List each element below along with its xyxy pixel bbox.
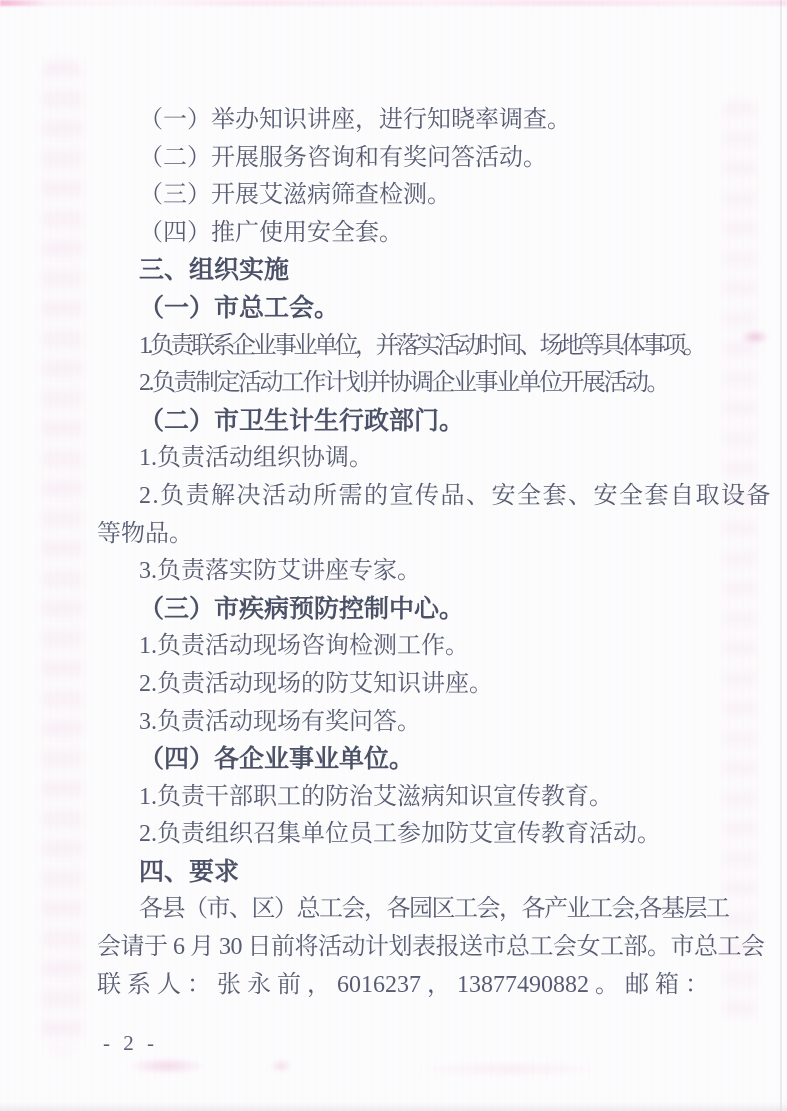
body-line: 2.负责活动现场的防艾知识讲座。 — [97, 666, 740, 704]
section-heading-3: 三、组织实施 — [97, 252, 740, 290]
body-line: 1.负责干部职工的防治艾滋病知识宣传教育。 — [97, 779, 740, 817]
body-line: 2.负责制定活动工作计划并协调企业事业单位开展活动。 — [97, 365, 740, 403]
subsection-heading-2: （二）市卫生计生行政部门。 — [97, 403, 740, 441]
pink-smudge-artifact — [128, 1058, 206, 1074]
scan-bottom-edge — [0, 1102, 787, 1111]
subsection-heading-1: （一）市总工会。 — [97, 290, 740, 328]
subsection-heading-4: （四）各企业事业单位。 — [97, 741, 740, 779]
body-line: 等物品。 — [97, 516, 740, 554]
pink-smudge-artifact — [420, 1062, 600, 1076]
bleed-through-top-edge — [0, 0, 787, 6]
list-item-2: （二）开展服务咨询和有奖问答活动。 — [97, 140, 740, 178]
subsection-heading-3: （三）市疾病预防控制中心。 — [97, 591, 740, 629]
body-line: 3.负责活动现场有奖问答。 — [97, 704, 740, 742]
scan-edge-line — [780, 0, 782, 1111]
page-number: - 2 - — [103, 1031, 158, 1056]
body-line: 会请于 6 月 30 日前将活动计划表报送市总工会女工部。市总工会 — [97, 929, 740, 967]
list-item-3: （三）开展艾滋病筛查检测。 — [97, 177, 740, 215]
pink-smudge-artifact — [270, 1060, 292, 1072]
body-line: 1.负责联系企业事业单位，并落实活动时间、场地等具体事项。 — [97, 328, 740, 366]
scanned-document-page: （一）举办知识讲座，进行知晓率调查。 （二）开展服务咨询和有奖问答活动。 （三）… — [0, 0, 787, 1111]
body-line: 3.负责落实防艾讲座专家。 — [97, 553, 740, 591]
body-line: 2.负责解决活动所需的宣传品、安全套、安全套自取设备 — [97, 478, 740, 516]
body-line: 2.负责组织召集单位员工参加防艾宣传教育活动。 — [97, 816, 740, 854]
bleed-through-left-margin — [42, 55, 82, 1055]
body-line: 1.负责活动组织协调。 — [97, 440, 740, 478]
contact-info-line: 联 系 人 ： 张 永 前 ， 6016237 ， 13877490882 。 … — [97, 967, 740, 1005]
document-body: （一）举办知识讲座，进行知晓率调查。 （二）开展服务咨询和有奖问答活动。 （三）… — [97, 102, 740, 1004]
section-heading-4: 四、要求 — [97, 854, 740, 892]
body-line: 各县（市、区）总工会，各园区工会，各产业工会,各基层工 — [97, 891, 740, 929]
pink-smudge-artifact — [741, 330, 769, 344]
body-line: 1.负责活动现场咨询检测工作。 — [97, 628, 740, 666]
list-item-4: （四）推广使用安全套。 — [97, 215, 740, 253]
list-item-1: （一）举办知识讲座，进行知晓率调查。 — [97, 102, 740, 140]
